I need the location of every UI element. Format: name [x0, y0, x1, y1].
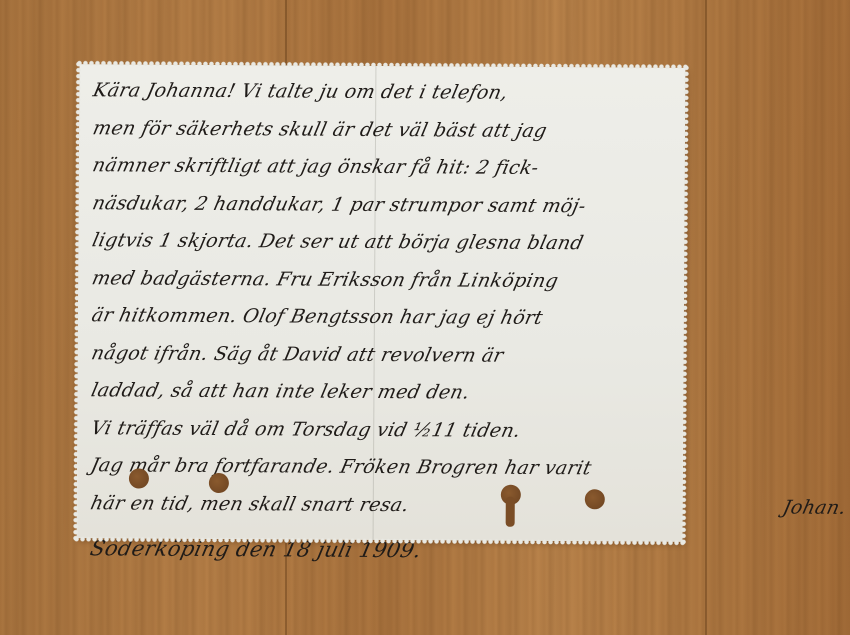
- perforated-edge-left: [73, 61, 82, 541]
- letter-line: näsdukar, 2 handdukar, 1 par strumpor sa…: [89, 185, 679, 226]
- letter-line: något ifrån. Säg åt David att revolvern …: [88, 335, 678, 376]
- letter-card: Kära Johanna! Vi talte ju om det i telef…: [77, 64, 686, 542]
- letter-closing-text: här en tid, men skall snart resa.: [89, 492, 412, 516]
- punch-hole: [209, 473, 229, 493]
- wood-plank-seam: [705, 0, 707, 635]
- punch-hole: [585, 489, 605, 509]
- letter-line: Jag mår bra fortfarande. Fröken Brogren …: [87, 447, 677, 488]
- torn-hole: [506, 497, 515, 527]
- letter-line: Vi träffas väl då om Torsdag vid ½11 tid…: [87, 410, 677, 451]
- letter-line: nämner skriftligt att jag önskar få hit:…: [89, 147, 679, 188]
- letter-line: Kära Johanna! Vi talte ju om det i telef…: [89, 72, 679, 113]
- perforated-edge-right: [681, 65, 690, 545]
- letter-line: laddad, så att han inte leker med den.: [87, 372, 677, 413]
- letter-line: men för säkerhets skull är det väl bäst …: [89, 110, 679, 151]
- letter-line: är hitkommen. Olof Bengtsson har jag ej …: [88, 297, 678, 338]
- signature: Johan.: [413, 494, 849, 519]
- letter-line: ligtvis 1 skjorta. Det ser ut att börja …: [88, 222, 678, 263]
- punch-hole: [129, 468, 149, 488]
- letter-line: med badgästerna. Fru Eriksson från Linkö…: [88, 260, 678, 301]
- place-and-date: Söderköping den 18 juli 1909.: [86, 530, 676, 571]
